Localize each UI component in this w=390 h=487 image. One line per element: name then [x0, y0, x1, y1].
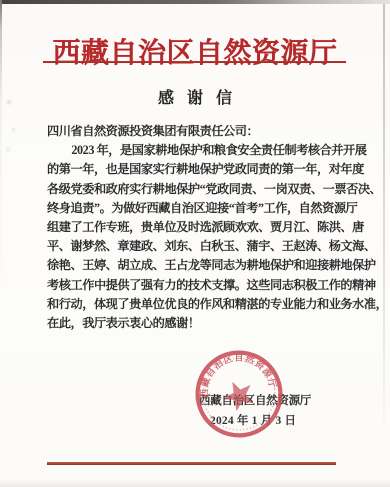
- letter-body: 四川省自然资源投资集团有限责任公司： 2023 年，是国家耕地保护和粮食安全责任…: [47, 122, 359, 333]
- paper-speckle: [6, 148, 10, 151]
- letterhead-rule: [43, 61, 346, 63]
- photo-top-edge: [0, 0, 390, 4]
- seal-star-icon: [219, 375, 258, 414]
- body-line: 徐艳、王婷、胡立成、王占龙等同志为耕地保护和迎接耕地保护: [47, 256, 359, 275]
- body-line: 组建了工作专班，贵单位及时选派顾欢欢、贾月江、陈洪、唐: [47, 218, 359, 237]
- letterhead-bottom-rule: [47, 462, 336, 465]
- body-line: 和行动，体现了贵单位优良的作风和精湛的专业能力和业务水准，: [47, 295, 359, 314]
- body-line: 的第一年，也是国家实行耕地保护党政同责的第一年，对年度: [47, 160, 359, 179]
- body-line: 考核工作中提供了强有力的技术支撑。这些同志积极工作的精神: [47, 276, 359, 295]
- recipient-line: 四川省自然资源投资集团有限责任公司：: [47, 122, 359, 141]
- paper-speckle: [12, 128, 15, 131]
- body-line: 终身追责”。为做好西藏自治区迎接“首考”工作，自然资源厅: [47, 199, 359, 218]
- official-seal-icon: 西藏自治区自然资源厅: [187, 342, 291, 446]
- body-line: 在此，我厅表示衷心的感谢！: [47, 314, 359, 333]
- photo-bottom-shade: [0, 479, 390, 487]
- body-line: 平、谢梦然、章建政、刘东、白秋玉、蒲宇、王赵涛、杨文海、: [47, 237, 359, 256]
- letter-photo: 西藏自治区自然资源厅 感谢信 四川省自然资源投资集团有限责任公司： 2023 年…: [0, 0, 390, 487]
- letter-heading: 感谢信: [0, 85, 390, 108]
- letterhead-title: 西藏自治区自然资源厅: [0, 31, 390, 71]
- body-line: 2023 年，是国家耕地保护和粮食安全责任制考核合并开展: [47, 141, 359, 160]
- body-line: 各级党委和政府实行耕地保护“党政同责、一岗双责、一票否决、: [47, 180, 359, 199]
